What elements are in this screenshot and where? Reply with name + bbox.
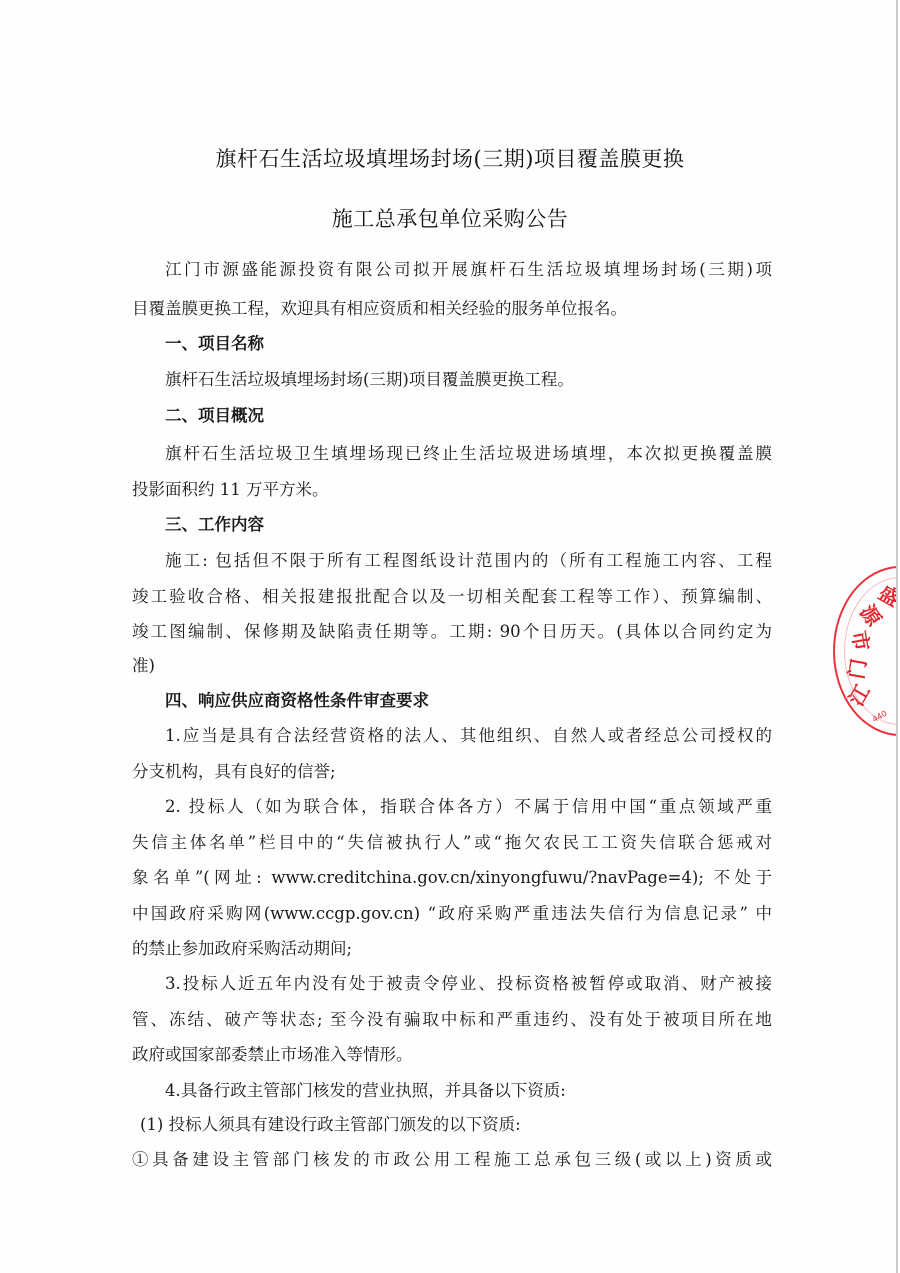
section-paragraph: 管、冻结、破产等状态; 至今没有骗取中标和严重违约、没有处于被项目所在地	[132, 1009, 772, 1031]
section-paragraph: 1.应当是具有合法经营资格的法人、其他组织、自然人或者经总公司授权的	[165, 725, 772, 747]
section-heading: 一、项目名称	[165, 333, 264, 355]
section-paragraph: 竣工验收合格、相关报建报批配合以及一切相关配套工程等工作）、预算编制、	[132, 586, 772, 608]
section-heading: 三、工作内容	[165, 514, 264, 536]
document-title-line-2: 施工总承包单位采购公告	[0, 203, 896, 233]
section-paragraph: 的禁止参加政府采购活动期间;	[132, 938, 352, 960]
section-paragraph: 政府或国家部委禁止市场准入等情形。	[132, 1044, 413, 1066]
intro-line: 江门市源盛能源投资有限公司拟开展旗杆石生活垃圾填埋场封场(三期)项	[165, 259, 772, 281]
section-paragraph: (1) 投标人须具有建设行政主管部门颁发的以下资质:	[140, 1114, 521, 1136]
page-edge-line	[896, 0, 898, 1273]
section-heading: 四、响应供应商资格性条件审查要求	[165, 690, 429, 712]
section-paragraph: 分支机构，具有良好的信誉;	[132, 761, 336, 783]
section-paragraph: 旗杆石生活垃圾填埋场封场(三期)项目覆盖膜更换工程。	[165, 369, 574, 391]
section-paragraph: 失信主体名单”栏目中的“失信被执行人”或“拖欠农民工工资失信联合惩戒对	[132, 832, 772, 854]
section-paragraph: 施工: 包括但不限于所有工程图纸设计范围内的（所有工程施工内容、工程	[165, 550, 772, 572]
section-paragraph: 象名单”(网址: www.creditchina.gov.cn/xinyongf…	[132, 867, 772, 889]
page-content: 旗杆石生活垃圾填埋场封场(三期)项目覆盖膜更换 施工总承包单位采购公告 江门市源…	[0, 0, 896, 1273]
intro-line: 目覆盖膜更换工程，欢迎具有相应资质和相关经验的服务单位报名。	[132, 298, 627, 320]
section-paragraph: 竣工图编制、保修期及缺陷责任期等。工期: 90个日历天。(具体以合同约定为	[132, 621, 772, 643]
section-paragraph: 准)	[132, 655, 155, 677]
document-page: 旗杆石生活垃圾填埋场封场(三期)项目覆盖膜更换 施工总承包单位采购公告 江门市源…	[0, 0, 900, 1273]
document-title-line-1: 旗杆石生活垃圾填埋场封场(三期)项目覆盖膜更换	[0, 143, 896, 173]
section-paragraph: 2. 投标人（如为联合体，指联合体各方）不属于信用中国“重点领域严重	[165, 796, 772, 818]
section-paragraph: 3.投标人近五年内没有处于被责令停业、投标资格被暂停或取消、财产被接	[165, 973, 772, 995]
section-heading: 二、项目概况	[165, 405, 264, 427]
section-paragraph: 4.具备行政主管部门核发的营业执照，并具备以下资质:	[165, 1080, 566, 1102]
section-paragraph: 投影面积约 11 万平方米。	[132, 479, 329, 501]
section-paragraph: 旗杆石生活垃圾卫生填埋场现已终止生活垃圾进场填埋，本次拟更换覆盖膜	[165, 443, 772, 465]
section-paragraph: 中国政府采购网(www.ccgp.gov.cn) “政府采购严重违法失信行为信息…	[132, 903, 772, 925]
section-paragraph: ①具备建设主管部门核发的市政公用工程施工总承包三级(或以上)资质或	[132, 1149, 772, 1171]
